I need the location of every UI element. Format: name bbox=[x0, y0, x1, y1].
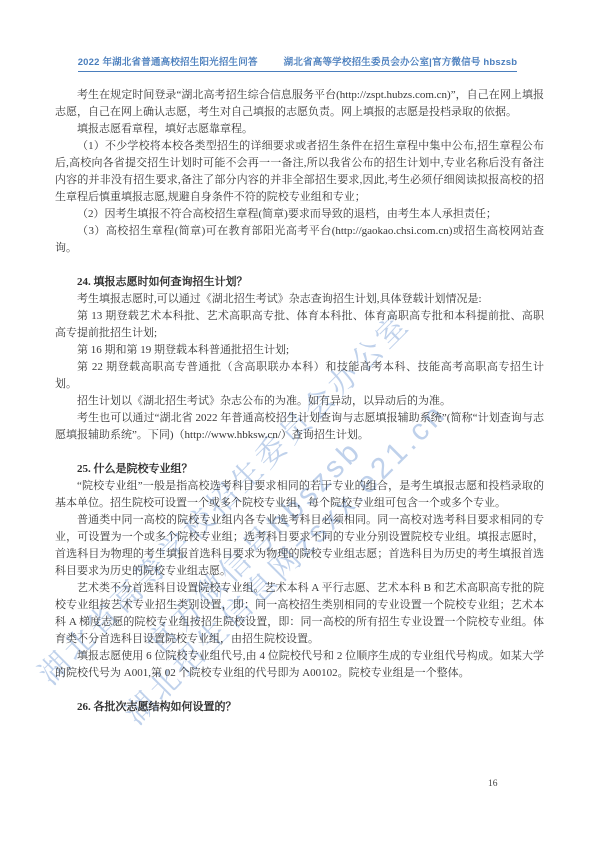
paragraph: 第 22 期登载高职高专普通批（含高职联办本科）和技能高考本科、技能高考高职高专… bbox=[55, 359, 544, 393]
paragraph: 招生计划以《湖北招生考试》杂志公布的为准。如有异动，以异动后的为准。 bbox=[55, 393, 544, 410]
paragraph: 普通类中同一高校的院校专业组内各专业选考科目必须相同。同一高校对选考科目要求相同… bbox=[55, 512, 544, 580]
page-number: 16 bbox=[488, 779, 498, 789]
paragraph: （2）因考生填报不符合高校招生章程(简章)要求而导致的退档，由考生本人承担责任； bbox=[55, 206, 544, 223]
paragraph: 考生在规定时间登录“湖北高考招生综合信息服务平台(http://zspt.hub… bbox=[55, 87, 544, 121]
header-title-right: 湖北省高等学校招生委员会办公室|官方微信号 hbszsb bbox=[284, 57, 518, 68]
paragraph: （1）不少学校将本校各类型招生的详细要求或者招生条件在招生章程中集中公布,招生章… bbox=[55, 138, 544, 206]
document-body: 考生在规定时间登录“湖北高考招生综合信息服务平台(http://zspt.hub… bbox=[55, 87, 544, 716]
paragraph: “院校专业组”一般是指高校选考科目要求相同的若干专业的组合，是考生填报志愿和投档… bbox=[55, 478, 544, 512]
question-heading: 25. 什么是院校专业组？ bbox=[55, 461, 544, 478]
document-page: 湖北省高等学校招生委员会办公室 官方微信号hbszsb 湖北招生信息网zsxx.… bbox=[0, 0, 595, 841]
header-title: 2022 年湖北省普通高校招生阳光招生问答湖北省高等学校招生委员会办公室|官方微… bbox=[78, 54, 518, 72]
paragraph: 考生也可以通过“湖北省 2022 年普通高校招生计划查询与志愿填报辅助系统”(简… bbox=[55, 410, 544, 444]
paragraph: 第 13 期登载艺术本科批、艺术高职高专批、体育本科批、体育高职高专批和本科提前… bbox=[55, 308, 544, 342]
paragraph-spacer bbox=[55, 682, 544, 699]
paragraph: 艺术类不分首选科目设置院校专业组。艺术本科 A 平行志愿、艺术本科 B 和艺术高… bbox=[55, 580, 544, 648]
paragraph: 第 16 期和第 19 期登载本科普通批招生计划; bbox=[55, 342, 544, 359]
paragraph-spacer bbox=[55, 257, 544, 274]
header-title-left: 2022 年湖北省普通高校招生阳光招生问答 bbox=[78, 57, 258, 68]
paragraph: 考生填报志愿时,可以通过《湖北招生考试》杂志查询招生计划,具体登载计划情况是: bbox=[55, 291, 544, 308]
page-header: 2022 年湖北省普通高校招生阳光招生问答湖北省高等学校招生委员会办公室|官方微… bbox=[0, 52, 595, 72]
question-heading: 26. 各批次志愿结构如何设置的？ bbox=[55, 699, 544, 716]
paragraph: （3）高校招生章程(简章)可在教育部阳光高考平台(http://gaokao.c… bbox=[55, 223, 544, 257]
paragraph: 填报志愿看章程，填好志愿靠章程。 bbox=[55, 121, 544, 138]
paragraph: 填报志愿使用 6 位院校专业组代号,由 4 位院校代号和 2 位顺序生成的专业组… bbox=[55, 648, 544, 682]
paragraph-spacer bbox=[55, 444, 544, 461]
question-heading: 24. 填报志愿时如何查询招生计划？ bbox=[55, 274, 544, 291]
